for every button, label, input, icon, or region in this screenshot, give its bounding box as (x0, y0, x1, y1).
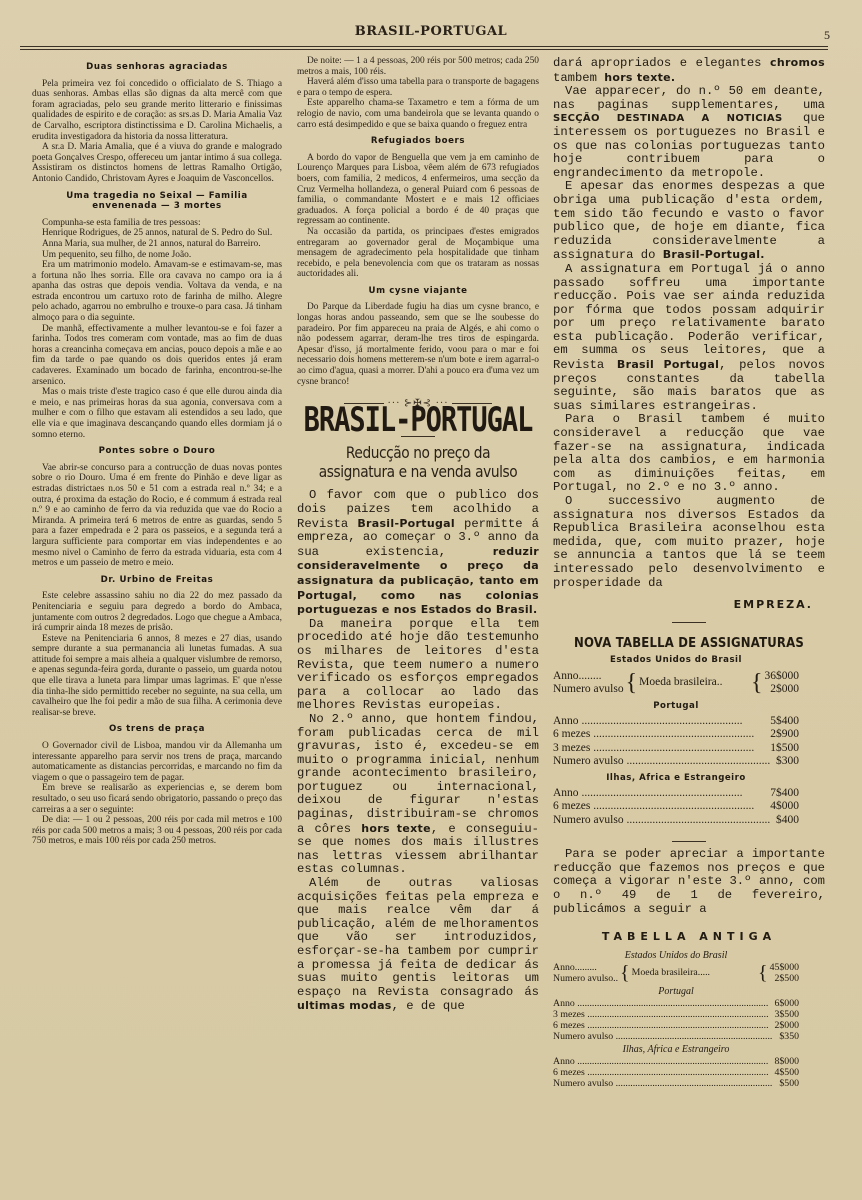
paragraph: No 2.º anno, que hontem findou, foram pu… (297, 713, 539, 877)
table-row: Numero avulso$500 (553, 1078, 799, 1089)
new-price-table: Estados Unidos do Brasil Anno........ Nu… (553, 654, 799, 827)
table-row: 6 mezes2$000 (553, 1020, 799, 1031)
paragraph: O Governador civil de Lisboa, mandou vir… (32, 741, 282, 783)
table-row: Anno6$000 (553, 998, 799, 1009)
table-row: Numero avulso$300 (553, 755, 799, 768)
paragraph: Na occasião da partida, os principaes d'… (297, 227, 539, 280)
paragraph: Este apparelho chama-se Taxametro e tem … (297, 98, 539, 130)
new-table-title: NOVA TABELLA DE ASSIGNATURAS (567, 637, 812, 651)
column-2: De noite: — 1 a 4 pessoas, 200 réis por … (297, 56, 539, 1014)
masthead: BRASIL-PORTUGAL 5 (22, 24, 840, 46)
table-row: Anno8$000 (553, 1056, 799, 1067)
column-1: Duas senhoras agraciadas Pela primeira v… (32, 56, 282, 847)
notice-subtitle: Reducção no preço da assignatura e na ve… (314, 443, 522, 481)
table-row: Anno5$400 (553, 715, 799, 728)
paragraph: Em breve se realisarão as experiencias e… (32, 783, 282, 815)
heading-tragedia-seixal: Uma tragedia no Seixal — Familia envenen… (32, 191, 282, 212)
paragraph: Para se poder apreciar a importante redu… (553, 848, 825, 916)
heading-pontes-douro: Pontes sobre o Douro (32, 446, 282, 457)
table-brace-row: Anno........ Numero avulso { Moeda brasi… (553, 670, 799, 697)
heading-refugiados-boers: Refugiados boers (297, 136, 539, 147)
table-row: 3 mezes1$500 (553, 742, 799, 755)
short-rule (672, 622, 706, 623)
paragraph: Henrique Rodrigues, de 25 annos, natural… (32, 228, 282, 239)
notice-body: O favor com que o publico dos dois paize… (297, 489, 539, 1014)
signature-empreza: EMPREZA. (553, 598, 813, 612)
paragraph: Vae apparecer, do n.º 50 em deante, nas … (553, 85, 825, 180)
paragraph: Compunha-se esta familia de tres pessoas… (32, 218, 282, 229)
paragraph: De manhã, effectivamente a mulher levant… (32, 324, 282, 388)
table-row: 3 mezes3$500 (553, 1009, 799, 1020)
brace-glyph: { (751, 673, 763, 693)
brace-glyph: { (626, 673, 638, 693)
paragraph: Mas o mais triste d'este tragico caso é … (32, 387, 282, 440)
table-section-heading: Portugal (553, 700, 799, 713)
heading-duas-senhoras: Duas senhoras agraciadas (32, 62, 282, 73)
table-brace-row: Anno......... Numero avulso.. { Moeda br… (553, 962, 799, 984)
table-section-heading: Estados Unidos do Brasil (553, 950, 799, 961)
paragraph: De noite: — 1 a 4 pessoas, 200 réis por … (297, 56, 539, 77)
paragraph: Da maneira porque ella tem procedido até… (297, 618, 539, 713)
paragraph: A assignatura em Portugal já o anno pass… (553, 263, 825, 414)
paragraph: Do Parque da Liberdade fugiu ha dias um … (297, 302, 539, 387)
paragraph: A bordo do vapor de Benguella que vem ja… (297, 153, 539, 227)
heading-trens-praca: Os trens de praça (32, 724, 282, 735)
paragraph: O successivo augmento de assignatura nos… (553, 495, 825, 590)
old-table-title: TABELLA ANTIGA (553, 930, 825, 944)
table-section-heading: Portugal (553, 986, 799, 997)
paragraph: Haverá além d'isso uma tabella para o tr… (297, 77, 539, 98)
newspaper-page: BRASIL-PORTUGAL 5 Duas senhoras agraciad… (0, 0, 862, 1200)
paragraph: dará apropriados e elegantes chromos tam… (553, 56, 825, 85)
brace-glyph: { (758, 963, 768, 983)
paragraph: Era um matrimonio modelo. Amavam-se e es… (32, 260, 282, 324)
table-section-heading: Ilhas, Africa e Estrangeiro (553, 772, 799, 785)
old-price-table: Estados Unidos do Brasil Anno......... N… (553, 950, 799, 1089)
brace-glyph: { (620, 963, 630, 983)
paragraph: Este celebre assassino sahiu no dia 22 d… (32, 591, 282, 633)
column-3: dará apropriados e elegantes chromos tam… (553, 56, 825, 1089)
table-row: Numero avulso$350 (553, 1031, 799, 1042)
short-rule (672, 841, 706, 842)
paragraph: E apesar das enormes despezas a que obri… (553, 180, 825, 263)
paragraph: Para o Brasil tambem é muito considerave… (553, 413, 825, 495)
table-section-heading: Ilhas, Africa e Estrangeiro (553, 1044, 799, 1055)
table-row: Anno7$400 (553, 787, 799, 800)
paragraph: Vae abrir-se concurso para a contrucção … (32, 463, 282, 569)
paragraph: Um pequenito, seu filho, de nome João. (32, 250, 282, 261)
heading-cysne-viajante: Um cysne viajante (297, 286, 539, 297)
paragraph: Pela primeira vez foi concedido o offici… (32, 79, 282, 143)
page-number: 5 (824, 28, 830, 43)
masthead-title: BRASIL-PORTUGAL (22, 24, 840, 39)
notice-title: BRASIL-PORTUGAL (297, 414, 539, 427)
table-row: Numero avulso$400 (553, 814, 799, 827)
table-section-heading: Estados Unidos do Brasil (553, 654, 799, 667)
heading-urbino-freitas: Dr. Urbino de Freitas (32, 575, 282, 586)
paragraph: Anna Maria, sua mulher, de 21 annos, nat… (32, 239, 282, 250)
table-row: 6 mezes4$500 (553, 1067, 799, 1078)
table-row: 6 mezes4$000 (553, 800, 799, 813)
paragraph: Esteve na Penitenciaria 6 annos, 8 mezes… (32, 634, 282, 719)
paragraph: O favor com que o publico dos dois paize… (297, 489, 539, 617)
table-row: 6 mezes2$900 (553, 728, 799, 741)
paragraph: A sr.a D. Maria Amalia, que é a viuva do… (32, 142, 282, 184)
header-rule-top (20, 46, 828, 47)
paragraph: Além de outras valiosas acquisições feit… (297, 877, 539, 1014)
header-rule-bottom (20, 49, 828, 50)
paragraph: De dia: — 1 ou 2 pessoas, 200 réis por c… (32, 815, 282, 847)
